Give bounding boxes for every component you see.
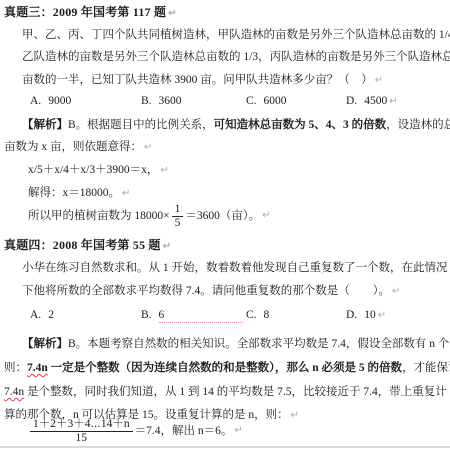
return-mark-icon: ↵ [163,241,172,252]
return-mark-icon: ↵ [378,310,386,321]
section2-options-row: A.2 B.6 C.8 D.10↵ [30,309,446,325]
option-value: 2 [48,309,54,321]
option-label: B. [141,309,152,321]
analysis-text: ，才能保证 [402,362,450,374]
section1-analysis-line1: 【解析】B。根据题目中的比例关系，可知造林总亩数为 5、4、3 的倍数，设造林的… [22,118,450,132]
section2-question-line2-text: 下他将所数的全部数求平均数得 7.4。请问他重复数的那个数是（ ）。 [22,285,390,297]
section2-question-line1: 小华在练习自然数求和。从 1 开始，数着数着他发现自己重复数了一个数，在此情况 [22,261,448,275]
option-label: C. [246,95,257,107]
option-label: C. [246,309,257,321]
return-mark-icon: ↵ [375,75,383,86]
section2-heading: 真题四：2008 年国考第 55 题↵ [4,238,171,254]
analysis-bold-text: 一定是个整数（因为连续自然数的和是整数），那么 n 必须是 5 的倍数 [48,362,402,374]
section1-heading-text: 真题三：2009 年国考第 117 题 [4,5,166,19]
return-mark-icon: ↵ [389,96,397,107]
equation-text: x/5＋x/4＋x/3＋3900＝x， [28,164,158,176]
analysis-tag: 【解析】 [22,119,68,131]
option-value: 6000 [264,95,287,107]
section2-analysis-line1: 【解析】B。本题考察自然数的相关知识。全部数求平均数是 7.4，假设全部数有 n… [22,337,450,351]
section1-question-line3-text: 亩数的一半，已知丁队共造林 3900 亩。问甲队共造林多少亩？（ ） [22,74,373,86]
section2-analysis-line3: 7.4n 是个整数，同时我们知道，从 1 到 14 的平均数是 7.5，比较接近… [4,385,447,399]
section1-option-d: D.4500↵ [346,95,398,107]
section1-equation2: 解得：x＝18000。↵ [28,186,130,201]
fraction-denominator: 15 [30,432,133,445]
fraction: 1＋2＋3＋4⋯14＋n15 [30,418,133,445]
section1-option-b: B.3600 [141,95,182,107]
window-bottom-divider [0,446,450,448]
section1-option-c: C.6000 [246,95,287,107]
return-mark-icon: ↵ [122,188,130,199]
spellcheck-wavy-text: 7.4n [27,362,48,374]
option-label: A. [30,309,41,321]
analysis-text: 亩数为 x 亩，则依题意得： [4,141,142,153]
option-value-dotted-underline: 6 [159,309,244,323]
option-value: 4500 [364,95,387,107]
section1-conclusion: 所以甲的植树亩数为 18000×15＝3600（亩）。↵ [28,200,271,232]
option-label: A. [30,95,41,107]
section2-analysis-line2: 则：7.4n 一定是个整数（因为连续自然数的和是整数），那么 n 必须是 5 的… [4,361,450,375]
section2-question-line2: 下他将所数的全部数求平均数得 7.4。请问他重复数的那个数是（ ）。↵ [22,284,400,299]
section1-analysis-line2: 亩数为 x 亩，则依题意得：↵ [4,140,152,155]
analysis-tag: 【解析】 [22,338,68,350]
section2-formula: 1＋2＋3＋4⋯14＋n15＝7.4，解出 n＝6。↵ [28,417,243,445]
section2-heading-text: 真题四：2008 年国考第 55 题 [4,238,161,252]
analysis-text: B。根据题目中的比例关系， [68,119,214,131]
return-mark-icon: ↵ [291,410,299,421]
analysis-text: B。本题考察自然数的相关知识。全部数求平均数是 7.4，假设全部数有 n 个， [68,338,450,350]
section2-option-c: C.8 [246,309,269,321]
option-value: 10 [364,309,376,321]
section2-option-d: D.10↵ [346,309,386,321]
fraction: 15 [172,203,184,230]
section1-equation1: x/5＋x/4＋x/3＋3900＝x，↵ [28,163,169,178]
section1-question-line3: 亩数的一半，已知丁队共造林 3900 亩。问甲队共造林多少亩？（ ）↵ [22,73,383,88]
option-value: 3600 [159,95,182,107]
analysis-text: 则： [4,362,27,374]
return-mark-icon: ↵ [160,165,168,176]
section1-options-row: A.9000 B.3600 C.6000 D.4500↵ [30,95,446,111]
return-mark-icon: ↵ [234,424,242,438]
section2-option-b: B.6 [141,309,243,321]
option-value: 9000 [48,95,71,107]
section1-heading: 真题三：2009 年国考第 117 题↵ [4,5,177,21]
analysis-bold-text: 可知造林总亩数为 5、4、3 的倍数 [214,119,387,131]
option-label: D. [346,95,357,107]
section1-question-line2: 乙队造林的亩数是另外三个队造林总亩数的 1/3，丙队造林的亩数是另外三个队造林总 [22,50,450,64]
fraction-numerator: 1＋2＋3＋4⋯14＋n [30,418,133,432]
equation-text: 解得：x＝18000。 [28,187,120,199]
fraction-numerator: 1 [172,203,184,217]
option-label: D. [346,309,357,321]
section2-option-a: A.2 [30,309,54,321]
section1-option-a: A.9000 [30,95,71,107]
return-mark-icon: ↵ [262,209,270,223]
document-page: 真题三：2009 年国考第 117 题↵ 甲、乙、丙、丁四个队共同植树造林，甲队… [0,0,450,449]
conclusion-text: 所以甲的植树亩数为 18000× [28,209,170,223]
section1-question-line1: 甲、乙、丙、丁四个队共同植树造林，甲队造林的亩数是另外三个队造林总亩数的 1/4… [22,28,450,42]
return-mark-icon: ↵ [392,286,400,297]
fraction-denominator: 5 [172,217,184,230]
formula-text: ＝7.4，解出 n＝6。 [135,424,233,438]
return-mark-icon: ↵ [144,142,152,153]
analysis-text: ，设造林的总 [386,119,450,131]
analysis-text: 是个整数，同时我们知道，从 1 到 14 的平均数是 7.5，比较接近于 7.4… [24,386,447,398]
option-value: 8 [264,309,270,321]
return-mark-icon: ↵ [168,8,177,19]
option-label: B. [141,95,152,107]
conclusion-text: ＝3600（亩）。 [185,209,260,223]
spellcheck-wavy-text: 7.4n [4,386,24,398]
